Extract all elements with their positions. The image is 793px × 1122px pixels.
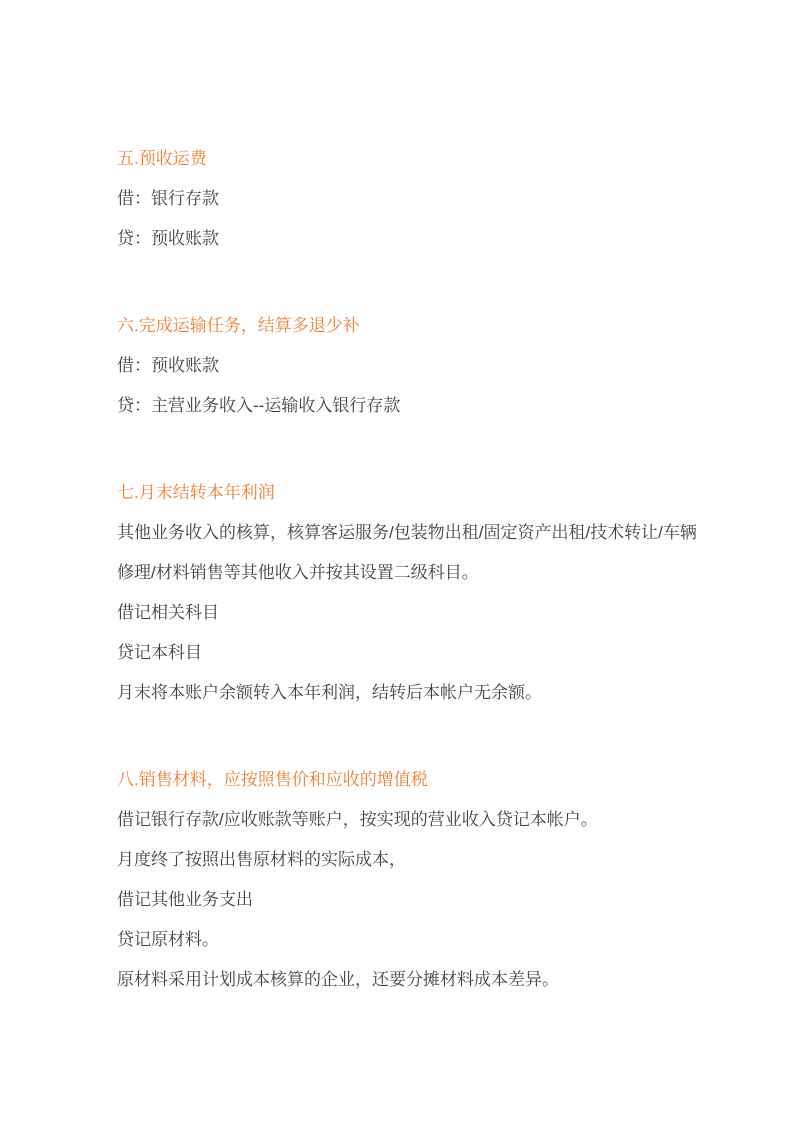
document-body: 五.预收运费 借：银行存款 贷：预收账款 六.完成运输任务，结算多退少补 借：预… <box>117 139 709 1000</box>
section-heading: 八.销售材料，应按照售价和应收的增值税 <box>117 760 709 800</box>
paragraph: 借：银行存款 <box>117 179 709 219</box>
document-page: 五.预收运费 借：银行存款 贷：预收账款 六.完成运输任务，结算多退少补 借：预… <box>0 0 793 1122</box>
section-5-prepaid-freight: 五.预收运费 借：银行存款 贷：预收账款 <box>117 139 709 259</box>
section-6-complete-transport-task: 六.完成运输任务，结算多退少补 借：预收账款 贷：主营业务收入--运输收入银行存… <box>117 306 709 426</box>
paragraph: 贷：预收账款 <box>117 219 709 259</box>
paragraph: 贷：主营业务收入--运输收入银行存款 <box>117 386 709 426</box>
paragraph: 贷记本科目 <box>117 633 709 673</box>
paragraph: 其他业务收入的核算，核算客运服务/包装物出租/固定资产出租/技术转让/车辆修理/… <box>117 513 709 593</box>
paragraph: 贷记原材料。 <box>117 920 709 960</box>
paragraph: 月度终了按照出售原材料的实际成本， <box>117 840 709 880</box>
paragraph: 月末将本账户余额转入本年利润，结转后本帐户无余额。 <box>117 673 709 713</box>
section-heading: 六.完成运输任务，结算多退少补 <box>117 306 709 346</box>
section-8-sell-materials: 八.销售材料，应按照售价和应收的增值税 借记银行存款/应收账款等账户，按实现的营… <box>117 760 709 1000</box>
paragraph: 借记相关科目 <box>117 593 709 633</box>
section-7-month-end-carryover: 七.月末结转本年利润 其他业务收入的核算，核算客运服务/包装物出租/固定资产出租… <box>117 473 709 713</box>
paragraph: 借记其他业务支出 <box>117 880 709 920</box>
section-heading: 七.月末结转本年利润 <box>117 473 709 513</box>
section-heading: 五.预收运费 <box>117 139 709 179</box>
paragraph: 借记银行存款/应收账款等账户，按实现的营业收入贷记本帐户。 <box>117 800 709 840</box>
paragraph: 借：预收账款 <box>117 346 709 386</box>
paragraph: 原材料采用计划成本核算的企业，还要分摊材料成本差异。 <box>117 960 709 1000</box>
